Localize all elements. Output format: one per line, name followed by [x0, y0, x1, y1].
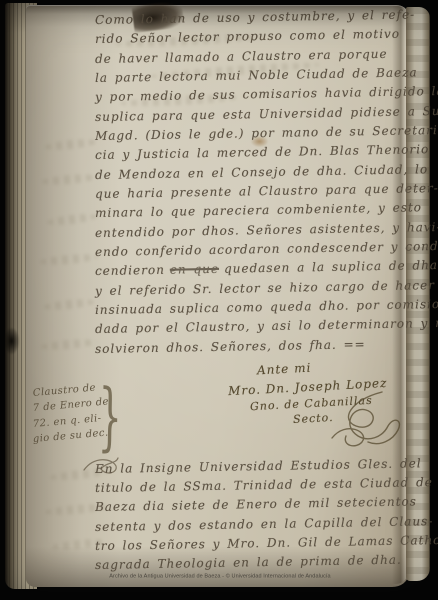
curly-brace-glyph: }: [98, 379, 123, 455]
manuscript-scan: Como lo han de uso y costumbre, y el ref…: [0, 0, 438, 600]
notary-rubric-flourish: [318, 386, 410, 450]
spine-ink-blot: [4, 328, 19, 354]
ante-mi-text: Ante mi: [257, 361, 312, 378]
archive-watermark: Archivo de la Antigua Universidad de Bae…: [82, 574, 358, 580]
line-text: cendieron: [95, 263, 165, 278]
strikethrough-word: en que: [170, 262, 219, 277]
